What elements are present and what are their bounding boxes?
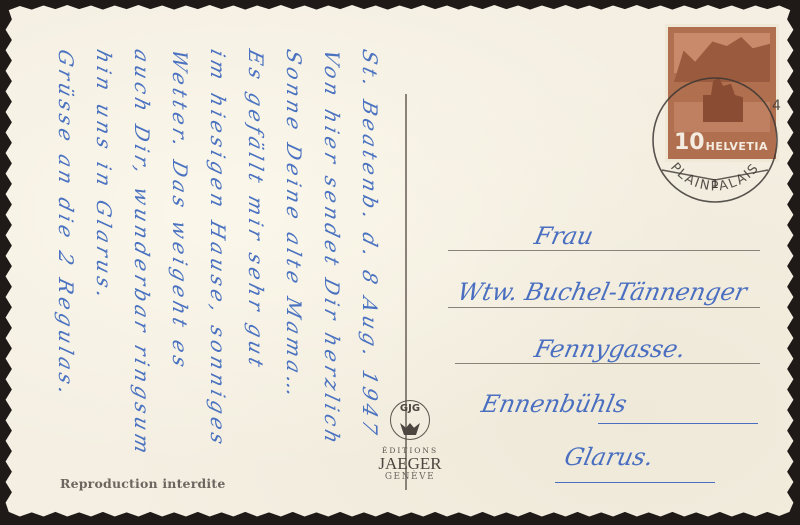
- postage-stamp: 10 HELVETIA: [668, 27, 776, 159]
- message-line: hin uns in Glarus.: [92, 47, 116, 305]
- message-line: auch Dir, wunderbar ringsum: [130, 47, 154, 461]
- stamp-country: HELVETIA: [706, 140, 768, 153]
- address-rule: [598, 423, 758, 424]
- castle-icon: [703, 77, 743, 122]
- message-line: Grüsse an die 2 Regulas.: [54, 47, 78, 402]
- message-line: Sonne Deine alte Mama…: [282, 47, 306, 404]
- address-rule: [448, 250, 760, 251]
- logo-initials: GJG: [391, 403, 429, 414]
- message-lines: St. Beatenb. d. 8 Aug. 1947Von hier send…: [30, 20, 400, 490]
- message-line: Wetter. Das weigeht es: [168, 47, 192, 374]
- stamp-value: 10: [674, 130, 705, 155]
- message-line: Es gefällt mir sehr gut: [244, 47, 268, 374]
- message-line: im hiesigen Hause, sonniges: [206, 47, 230, 451]
- publisher-mark: GJG ÉDITIONS JAEGER GENÈVE: [365, 400, 455, 482]
- message-line: St. Beatenb. d. 8 Aug. 1947: [358, 47, 382, 441]
- address-rule: [455, 363, 760, 364]
- publisher-name: JAEGER: [365, 455, 455, 472]
- publisher-logo-icon: GJG: [390, 400, 430, 440]
- address-line: Wtw. Buchel-Tännenger: [455, 278, 749, 306]
- address-rule: [555, 482, 715, 483]
- eagle-icon: [400, 423, 420, 435]
- address-line: Ennenbühls: [479, 390, 629, 418]
- address-line: Frau: [532, 222, 596, 250]
- handwritten-message: St. Beatenb. d. 8 Aug. 1947Von hier send…: [30, 20, 400, 490]
- address-line: Fennygasse.: [532, 335, 688, 363]
- address-line: Glarus.: [562, 443, 656, 471]
- reproduction-notice: Reproduction interdite: [60, 476, 226, 491]
- address-rule: [448, 307, 760, 308]
- publisher-city: GENÈVE: [365, 472, 455, 482]
- message-line: Von hier sendet Dir herzlich: [320, 47, 344, 450]
